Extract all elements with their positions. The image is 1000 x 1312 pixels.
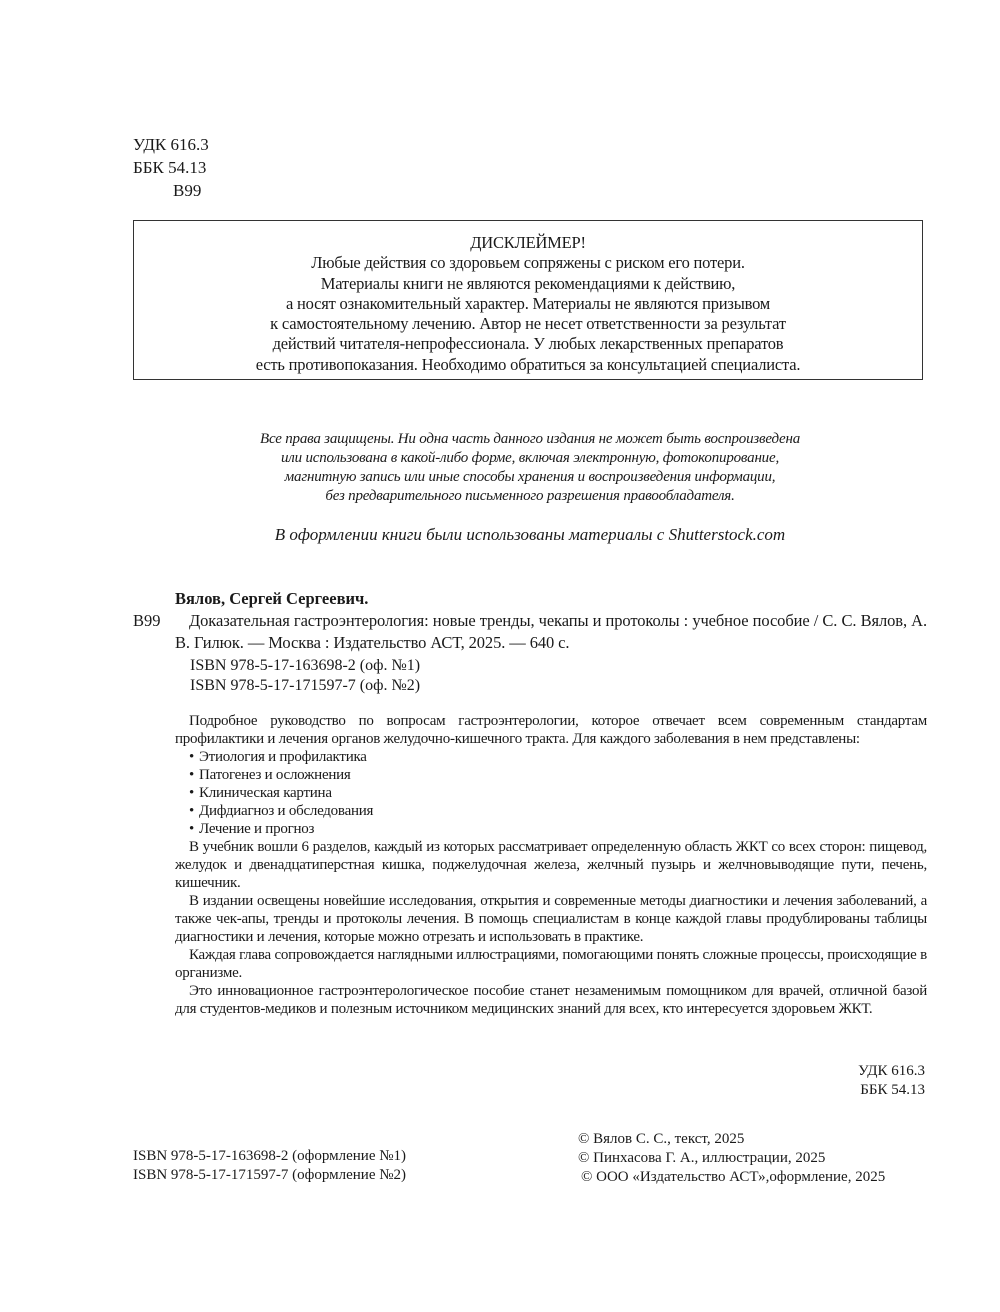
footer-classification-codes: УДК 616.3 ББК 54.13 bbox=[858, 1062, 925, 1100]
bullet-item: Клиническая картина bbox=[175, 784, 927, 802]
isbn-line: ISBN 978-5-17-171597-7 (оф. №2) bbox=[190, 676, 420, 696]
annotation-bullet-list: Этиология и профилактика Патогенез и осл… bbox=[175, 748, 927, 838]
annotation-paragraph: В учебник вошли 6 разделов, каждый из ко… bbox=[175, 838, 927, 892]
disclaimer-line: а носят ознакомительный характер. Матери… bbox=[134, 294, 922, 314]
disclaimer-line: есть противопоказания. Необходимо обрати… bbox=[134, 355, 922, 375]
rights-notice: Все права защищены. Ни одна часть данног… bbox=[150, 430, 910, 506]
bullet-item: Дифдиагноз и обследования bbox=[175, 802, 927, 820]
udk-code: УДК 616.3 bbox=[858, 1062, 925, 1081]
footer-isbns: ISBN 978-5-17-163698-2 (оформление №1) I… bbox=[133, 1147, 406, 1185]
rights-line: без предварительного письменного разреше… bbox=[150, 487, 910, 506]
udk-code: УДК 616.3 bbox=[133, 133, 209, 156]
annotation-paragraph: Это инновационное гастроэнтерологическое… bbox=[175, 982, 927, 1018]
copyright-block: © Вялов С. С., текст, 2025 © Пинхасова Г… bbox=[578, 1130, 885, 1187]
disclaimer-box: ДИСКЛЕЙМЕР! Любые действия со здоровьем … bbox=[133, 220, 923, 380]
author-mark: В99 bbox=[133, 179, 209, 202]
disclaimer-line: действий читателя-непрофессионала. У люб… bbox=[134, 334, 922, 354]
disclaimer-line: к самостоятельному лечению. Автор не нес… bbox=[134, 314, 922, 334]
bbk-code: ББК 54.13 bbox=[133, 156, 209, 179]
bibliographic-isbns: ISBN 978-5-17-163698-2 (оф. №1) ISBN 978… bbox=[190, 656, 420, 696]
rights-line: Все права защищены. Ни одна часть данног… bbox=[150, 430, 910, 449]
isbn-line: ISBN 978-5-17-163698-2 (оформление №1) bbox=[133, 1147, 406, 1166]
bullet-item: Патогенез и осложнения bbox=[175, 766, 927, 784]
copyright-line: © Вялов С. С., текст, 2025 bbox=[578, 1130, 885, 1149]
annotation-paragraph: В издании освещены новейшие исследования… bbox=[175, 892, 927, 946]
copyright-line: © Пинхасова Г. А., иллюстрации, 2025 bbox=[578, 1149, 885, 1168]
shutterstock-notice: В оформлении книги были использованы мат… bbox=[150, 524, 910, 546]
annotation-intro: Подробное руководство по вопросам гастро… bbox=[175, 712, 927, 748]
bbk-code: ББК 54.13 bbox=[858, 1081, 925, 1100]
isbn-line: ISBN 978-5-17-163698-2 (оф. №1) bbox=[190, 656, 420, 676]
classification-codes: УДК 616.3 ББК 54.13 В99 bbox=[133, 133, 209, 202]
bibliographic-code: В99 bbox=[133, 610, 161, 632]
annotation: Подробное руководство по вопросам гастро… bbox=[175, 712, 927, 1018]
bullet-item: Лечение и прогноз bbox=[175, 820, 927, 838]
bibliographic-description: Доказательная гастроэнтерология: новые т… bbox=[175, 610, 927, 654]
disclaimer-title: ДИСКЛЕЙМЕР! bbox=[134, 233, 922, 253]
rights-line: или использована в какой-либо форме, вкл… bbox=[150, 449, 910, 468]
copyright-line: © ООО «Издательство АСТ»,оформление, 202… bbox=[578, 1168, 885, 1187]
disclaimer-line: Материалы книги не являются рекомендация… bbox=[134, 274, 922, 294]
annotation-paragraph: Каждая глава сопровождается наглядными и… bbox=[175, 946, 927, 982]
disclaimer-line: Любые действия со здоровьем сопряжены с … bbox=[134, 253, 922, 273]
rights-line: магнитную запись или иные способы хранен… bbox=[150, 468, 910, 487]
isbn-line: ISBN 978-5-17-171597-7 (оформление №2) bbox=[133, 1166, 406, 1185]
bibliographic-author: Вялов, Сергей Сергеевич. bbox=[175, 588, 368, 610]
bullet-item: Этиология и профилактика bbox=[175, 748, 927, 766]
